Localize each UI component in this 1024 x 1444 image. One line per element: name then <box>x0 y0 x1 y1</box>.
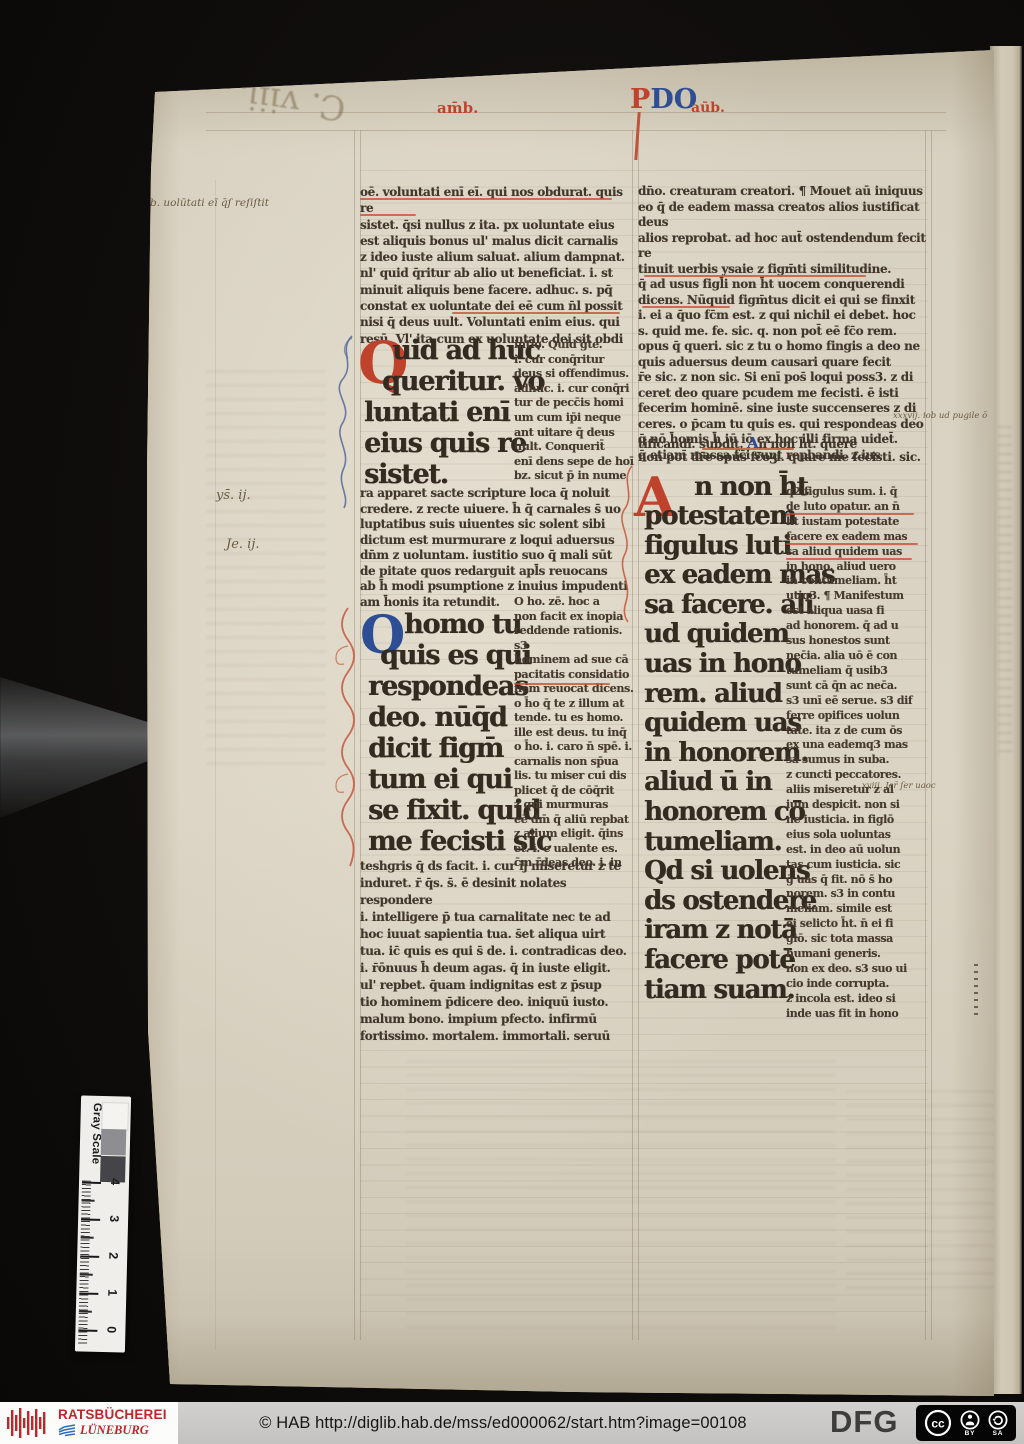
ruler-number: 4 <box>108 1178 122 1192</box>
rubric-underline <box>452 312 620 314</box>
cc-sa-label: SA <box>993 1430 1004 1437</box>
library-city: LÜNEBURG <box>80 1423 149 1438</box>
left-display-2-line1: homo tu <box>404 609 521 640</box>
rubric-underline <box>702 448 794 450</box>
left-column-paragraph-2: ra apparet sacte scripture loca q̄ nolui… <box>360 486 636 610</box>
library-logo: RATSBÜCHEREI LÜNEBURG <box>0 1402 178 1444</box>
margin-note-left: b. uolūtati eī q̄ſ reſiſtit <box>150 197 269 209</box>
rubric-underline <box>644 275 866 277</box>
ruler-tick <box>79 1292 98 1294</box>
running-header-red: P <box>630 84 650 115</box>
pricking-marks <box>974 964 978 1020</box>
gray-patch-white <box>101 1102 129 1131</box>
ruler-tick <box>81 1218 100 1220</box>
show-through <box>406 1060 836 1330</box>
running-header-right: aūb. <box>691 100 725 116</box>
manuscript-page: am̄b. PDO aūb. C. viij. b. uolūtati eī q… <box>146 50 994 1396</box>
ruler-tick <box>78 1329 97 1331</box>
gray-patch-mid <box>101 1129 127 1156</box>
book-icon <box>58 1424 76 1437</box>
library-logo-bars-icon <box>6 1405 50 1441</box>
svg-text:cc: cc <box>931 1417 945 1431</box>
margin-cite-1: ys̄. ij. <box>216 488 251 503</box>
cc-by-label: BY <box>965 1430 976 1437</box>
right-gloss-1: q2 figulus sum. i. q̄ de luto opatur. an… <box>786 485 928 1022</box>
ruler-tick <box>80 1273 93 1275</box>
right-column-paragraph-1: dn̄o. creaturam creatori. ¶ Mouet aū ini… <box>638 184 928 463</box>
show-through <box>846 1090 1016 1290</box>
left-column-paragraph-1: oē. voluntati enī eī. qui nos obdurat. q… <box>360 184 636 347</box>
ruler-number: 2 <box>106 1252 120 1266</box>
right-column-subline-2: non pot̄ dr̄e opus fc̄oʒi. quare me feci… <box>638 450 930 464</box>
initial-q-flourish <box>334 332 360 512</box>
ruling-hline <box>206 130 946 131</box>
library-name: RATSBÜCHEREI <box>58 1408 167 1422</box>
ruler-tick <box>82 1181 101 1183</box>
dfg-logo: DFG <box>830 1404 898 1440</box>
ruler-number: 0 <box>104 1326 118 1340</box>
ruler-number: 1 <box>105 1289 119 1303</box>
cc-by-group: BY <box>960 1410 980 1437</box>
cc-icon: cc <box>924 1409 952 1437</box>
gray-scale-ruler: Gray Scale 4 3 2 1 0 <box>75 1095 131 1352</box>
running-header-center: PDO <box>630 84 697 115</box>
left-display-2-line2: quis es qui <box>380 640 531 671</box>
left-gloss-2: O ho. zē. hoc a non facit ex inopia redd… <box>514 594 634 870</box>
running-header-left: am̄b. <box>437 99 478 117</box>
cc-sa-group: SA <box>988 1410 1008 1437</box>
rubric-underline <box>642 306 730 308</box>
next-page-edge <box>990 46 1022 1394</box>
show-through <box>206 370 326 770</box>
rubric-underline <box>786 543 918 545</box>
scan-stage: am̄b. PDO aūb. C. viij. b. uolūtati eī q… <box>0 0 1024 1444</box>
cc-by-person-icon <box>960 1410 980 1430</box>
ruler-tick <box>82 1199 95 1201</box>
folio-inscription: C. viij. <box>174 68 348 128</box>
ruler-number: 3 <box>107 1215 121 1229</box>
left-display-1-rest: luntati enī eius quis re sistet. <box>364 397 526 490</box>
initial-o-flourish <box>332 606 360 868</box>
copyright-line: © HAB http://diglib.hab.de/mss/ed000062/… <box>178 1402 828 1444</box>
rubric-underline <box>786 558 912 560</box>
ruler-ticks <box>78 1180 91 1344</box>
rubric-underline <box>360 214 416 216</box>
header-pen-tail <box>634 112 640 160</box>
footer-bar: RATSBÜCHEREI LÜNEBURG © HAB http://digli… <box>0 1402 1024 1444</box>
rubric-underline <box>786 513 914 515</box>
margin-cite-2: Je. ij. <box>226 537 260 552</box>
ruler-tick <box>79 1310 92 1312</box>
next-page-bleedthrough <box>998 426 1012 756</box>
rubric-underline <box>360 198 612 200</box>
cc-sa-arrow-icon <box>988 1410 1008 1430</box>
ruler-tick <box>81 1236 94 1238</box>
left-gloss-1: intio. Quid ḡte. i. cur conq̄ritur deus … <box>514 337 634 483</box>
left-column-paragraph-3: teshgris q̄ ds facit. i. cur ij miseretu… <box>360 858 636 1045</box>
cc-license-badge: cc BY SA <box>916 1405 1016 1441</box>
page-holder-clip <box>0 668 148 818</box>
rubric-underline <box>514 683 610 685</box>
